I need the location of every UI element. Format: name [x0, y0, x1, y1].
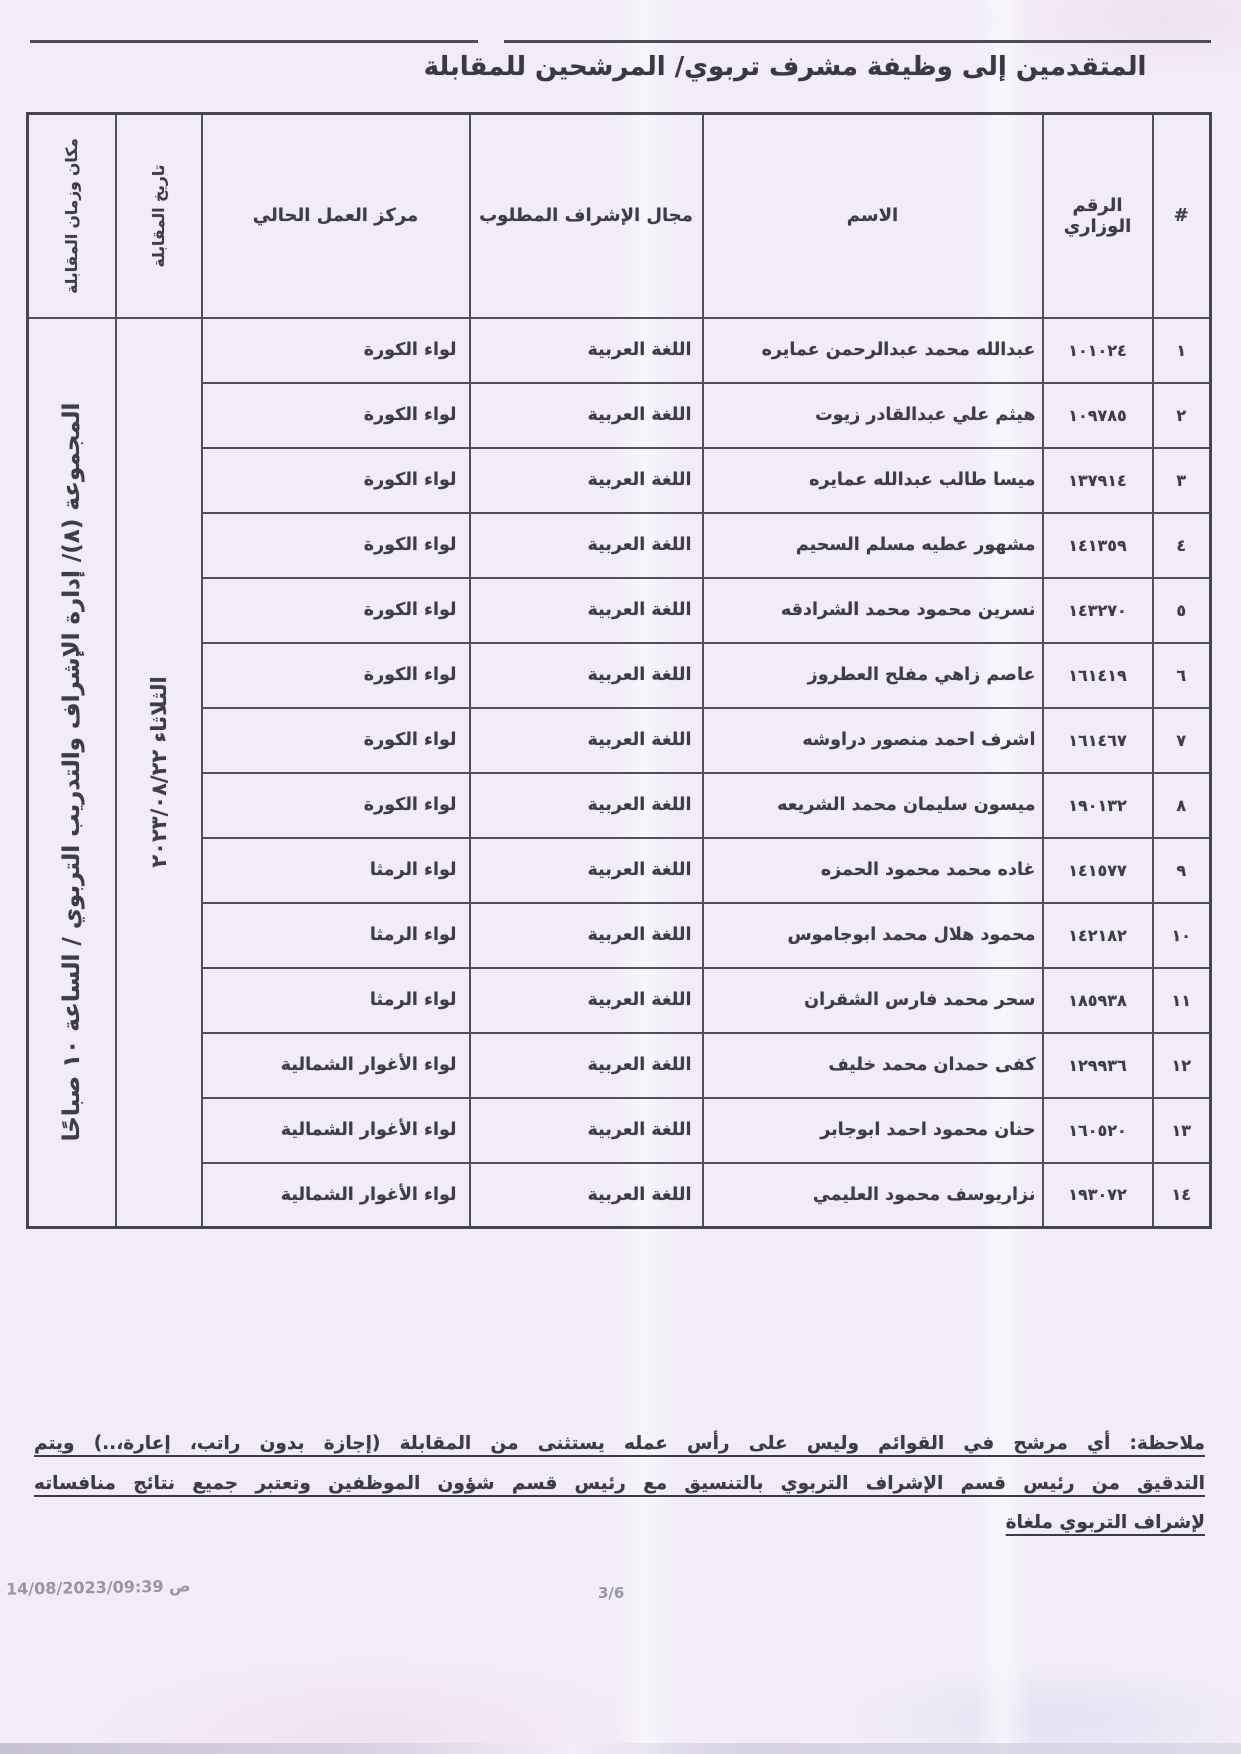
- work-center-cell: لواء الرمثا: [202, 968, 470, 1033]
- candidate-name-cell: غاده محمد محمود الحمزه: [703, 838, 1043, 903]
- candidate-name-cell: ميسون سليمان محمد الشريعه: [703, 773, 1043, 838]
- column-header-interview-date: تاريخ المقابلة: [150, 164, 168, 267]
- candidate-name-cell: مشهور عطيه مسلم السحيم: [703, 513, 1043, 578]
- ministry-number-cell: ١٤١٣٥٩: [1043, 513, 1153, 578]
- candidate-name-cell: نزاريوسف محمود العليمي: [703, 1163, 1043, 1228]
- ministry-number-cell: ١٩٣٠٧٢: [1043, 1163, 1153, 1228]
- row-index-cell: ١١: [1153, 968, 1211, 1033]
- candidate-name-cell: كفى حمدان محمد خليف: [703, 1033, 1043, 1098]
- table-row: ١٢١٢٩٩٣٦كفى حمدان محمد خليفاللغة العربية…: [28, 1033, 1211, 1098]
- row-index-cell: ٦: [1153, 643, 1211, 708]
- footnote-line-3: لإشراف التربوي ملغاة: [34, 1509, 1205, 1538]
- supervision-field-cell: اللغة العربية: [470, 1033, 703, 1098]
- candidate-name-cell: نسرين محمود محمد الشرادقه: [703, 578, 1043, 643]
- supervision-field-cell: اللغة العربية: [470, 838, 703, 903]
- row-index-cell: ١٠: [1153, 903, 1211, 968]
- candidate-name-cell: محمود هلال محمد ابوجاموس: [703, 903, 1043, 968]
- supervision-field-cell: اللغة العربية: [470, 773, 703, 838]
- ministry-number-cell: ١٤٣٢٧٠: [1043, 578, 1153, 643]
- supervision-field-cell: اللغة العربية: [470, 513, 703, 578]
- row-index-cell: ٣: [1153, 448, 1211, 513]
- table-row: ١٠١٤٢١٨٢محمود هلال محمد ابوجاموساللغة ال…: [28, 903, 1211, 968]
- ministry-number-cell: ١٦٠٥٢٠: [1043, 1098, 1153, 1163]
- work-center-cell: لواء الكورة: [202, 513, 470, 578]
- candidate-name-cell: اشرف احمد منصور دراوشه: [703, 708, 1043, 773]
- column-header-ministry-number: الرقم الوزاري: [1043, 114, 1153, 318]
- table-row: ٣١٣٧٩١٤ميسا طالب عبدالله عمايرهاللغة الع…: [28, 448, 1211, 513]
- row-index-cell: ٥: [1153, 578, 1211, 643]
- work-center-cell: لواء الكورة: [202, 383, 470, 448]
- table-row: ٢١٠٩٧٨٥هيثم علي عبدالقادر زيوتاللغة العر…: [28, 383, 1211, 448]
- ministry-number-cell: ١٨٥٩٣٨: [1043, 968, 1153, 1033]
- work-center-cell: لواء الكورة: [202, 643, 470, 708]
- supervision-field-cell: اللغة العربية: [470, 448, 703, 513]
- interview-place-merged: المجموعة (٨)/ إدارة الإشراف والتدريب الت…: [59, 403, 85, 1142]
- footnote-line-1: ملاحظة: أي مرشح في القوائم وليس على رأس …: [34, 1430, 1205, 1459]
- column-header-field: مجال الإشراف المطلوب: [470, 114, 703, 318]
- work-center-cell: لواء الكورة: [202, 708, 470, 773]
- row-index-cell: ٧: [1153, 708, 1211, 773]
- table-row: ١١١٨٥٩٣٨سحر محمد فارس الشقراناللغة العرب…: [28, 968, 1211, 1033]
- table-row: ٤١٤١٣٥٩مشهور عطيه مسلم السحيماللغة العرب…: [28, 513, 1211, 578]
- supervision-field-cell: اللغة العربية: [470, 383, 703, 448]
- print-timestamp: 14/08/2023/09:39 ص: [6, 1576, 191, 1598]
- row-index-cell: ١٤: [1153, 1163, 1211, 1228]
- table-row: ٨١٩٠١٣٢ميسون سليمان محمد الشريعهاللغة ال…: [28, 773, 1211, 838]
- row-index-cell: ١: [1153, 318, 1211, 383]
- ministry-number-cell: ١٣٧٩١٤: [1043, 448, 1153, 513]
- page-number: 3/6: [598, 1584, 624, 1602]
- candidate-name-cell: سحر محمد فارس الشقران: [703, 968, 1043, 1033]
- table-row: ٥١٤٣٢٧٠نسرين محمود محمد الشرادقهاللغة ال…: [28, 578, 1211, 643]
- ministry-number-cell: ١٩٠١٣٢: [1043, 773, 1153, 838]
- work-center-cell: لواء الرمثا: [202, 838, 470, 903]
- candidate-name-cell: هيثم علي عبدالقادر زيوت: [703, 383, 1043, 448]
- column-header-work-center: مركز العمل الحالي: [202, 114, 470, 318]
- work-center-cell: لواء الرمثا: [202, 903, 470, 968]
- row-index-cell: ٤: [1153, 513, 1211, 578]
- ministry-number-cell: ١٤١٥٧٧: [1043, 838, 1153, 903]
- scan-artifact-strip: [0, 1743, 1241, 1754]
- footnote: ملاحظة: أي مرشح في القوائم وليس على رأس …: [34, 1430, 1205, 1549]
- column-header-index: #: [1153, 114, 1211, 318]
- work-center-cell: لواء الكورة: [202, 448, 470, 513]
- interview-place-merged-cell: المجموعة (٨)/ إدارة الإشراف والتدريب الت…: [28, 318, 116, 1228]
- supervision-field-cell: اللغة العربية: [470, 643, 703, 708]
- work-center-cell: لواء الكورة: [202, 578, 470, 643]
- candidate-name-cell: حنان محمود احمد ابوجابر: [703, 1098, 1043, 1163]
- table-row: ٩١٤١٥٧٧غاده محمد محمود الحمزهاللغة العرب…: [28, 838, 1211, 903]
- ministry-number-cell: ١٠٩٧٨٥: [1043, 383, 1153, 448]
- candidate-name-cell: عبدالله محمد عبدالرحمن عمايره: [703, 318, 1043, 383]
- column-header-interview-place-cell: مكان وزمان المقابلة: [28, 114, 116, 318]
- work-center-cell: لواء الأغوار الشمالية: [202, 1033, 470, 1098]
- row-index-cell: ١٣: [1153, 1098, 1211, 1163]
- work-center-cell: لواء الكورة: [202, 318, 470, 383]
- ministry-number-cell: ١٢٩٩٣٦: [1043, 1033, 1153, 1098]
- page-title: المتقدمين إلى وظيفة مشرف تربوي/ المرشحين…: [365, 52, 1205, 82]
- row-index-cell: ٨: [1153, 773, 1211, 838]
- footnote-line-2: التدقيق من رئيس قسم الإشراف التربوي بالت…: [34, 1470, 1205, 1499]
- candidates-table: # الرقم الوزاري الاسم مجال الإشراف المطل…: [26, 112, 1212, 1229]
- candidate-name-cell: عاصم زاهي مفلح العطروز: [703, 643, 1043, 708]
- ministry-number-cell: ١٠١٠٢٤: [1043, 318, 1153, 383]
- table-row: ١٤١٩٣٠٧٢نزاريوسف محمود العليمياللغة العر…: [28, 1163, 1211, 1228]
- supervision-field-cell: اللغة العربية: [470, 318, 703, 383]
- interview-date-merged: الثلاثاء ٢٢‏/‏٠٨‏/‏٢٠٢٣: [147, 677, 171, 868]
- top-rule: [30, 40, 1211, 43]
- table-header-row: # الرقم الوزاري الاسم مجال الإشراف المطل…: [28, 114, 1211, 318]
- row-index-cell: ٩: [1153, 838, 1211, 903]
- table-row: ٦١٦١٤١٩عاصم زاهي مفلح العطروزاللغة العرب…: [28, 643, 1211, 708]
- supervision-field-cell: اللغة العربية: [470, 1163, 703, 1228]
- ministry-number-cell: ١٦١٤١٩: [1043, 643, 1153, 708]
- work-center-cell: لواء الأغوار الشمالية: [202, 1098, 470, 1163]
- table-row: ١١٠١٠٢٤عبدالله محمد عبدالرحمن عمايرهاللغ…: [28, 318, 1211, 383]
- table-row: ٧١٦١٤٦٧اشرف احمد منصور دراوشهاللغة العرب…: [28, 708, 1211, 773]
- supervision-field-cell: اللغة العربية: [470, 968, 703, 1033]
- work-center-cell: لواء الأغوار الشمالية: [202, 1163, 470, 1228]
- work-center-cell: لواء الكورة: [202, 773, 470, 838]
- column-header-interview-date-cell: تاريخ المقابلة: [116, 114, 202, 318]
- column-header-interview-place: مكان وزمان المقابلة: [63, 138, 81, 294]
- row-index-cell: ٢: [1153, 383, 1211, 448]
- ministry-number-cell: ١٦١٤٦٧: [1043, 708, 1153, 773]
- ministry-number-cell: ١٤٢١٨٢: [1043, 903, 1153, 968]
- table-row: ١٣١٦٠٥٢٠حنان محمود احمد ابوجابراللغة الع…: [28, 1098, 1211, 1163]
- supervision-field-cell: اللغة العربية: [470, 1098, 703, 1163]
- supervision-field-cell: اللغة العربية: [470, 708, 703, 773]
- column-header-name: الاسم: [703, 114, 1043, 318]
- supervision-field-cell: اللغة العربية: [470, 903, 703, 968]
- interview-date-merged-cell: الثلاثاء ٢٢‏/‏٠٨‏/‏٢٠٢٣: [116, 318, 202, 1228]
- row-index-cell: ١٢: [1153, 1033, 1211, 1098]
- scanned-document-page: المتقدمين إلى وظيفة مشرف تربوي/ المرشحين…: [0, 0, 1241, 1754]
- supervision-field-cell: اللغة العربية: [470, 578, 703, 643]
- candidate-name-cell: ميسا طالب عبدالله عمايره: [703, 448, 1043, 513]
